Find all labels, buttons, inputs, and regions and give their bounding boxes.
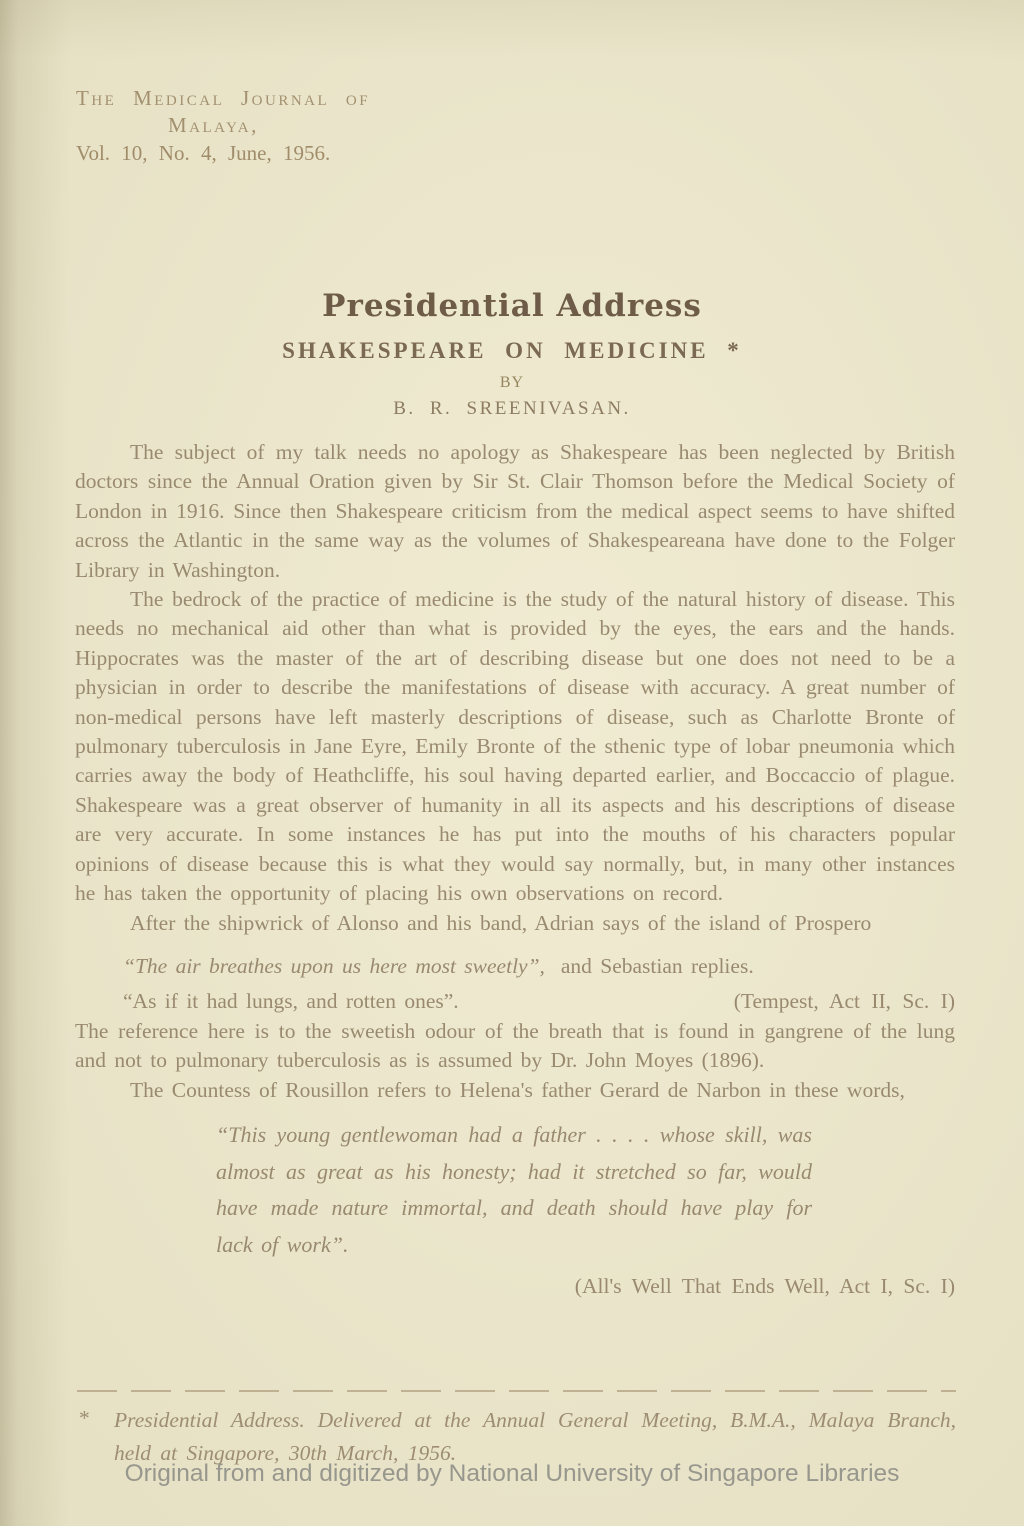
tempest-attribution: (Tempest, Act II, Sc. I) (734, 986, 955, 1017)
allswell-quote: “This young gentlewoman had a father . .… (216, 1117, 812, 1263)
footnote-text: Presidential Address. Delivered at the A… (114, 1408, 956, 1465)
allswell-attribution: (All's Well That Ends Well, Act I, Sc. I… (75, 1272, 955, 1301)
journal-header: The Medical Journal of Malaya, Vol. 10, … (76, 86, 370, 166)
digitization-watermark: Original from and digitized by National … (0, 1460, 1024, 1488)
footnote-marker: * (79, 1402, 90, 1435)
article-title-block: Presidential Address SHAKESPEARE ON MEDI… (0, 288, 1024, 420)
tempest-quote-line2: “As if it had lungs, and rotten ones”. (… (75, 986, 955, 1017)
article-body: The subject of my talk needs no apology … (75, 438, 955, 1302)
tempest-quote-line2-italic: “As if it had lungs, and rotten ones”. (123, 986, 459, 1017)
paragraph-5: The Countess of Rousillon refers to Hele… (75, 1076, 955, 1105)
paragraph-3: After the shipwrick of Alonso and his ba… (75, 909, 955, 938)
paragraph-2: The bedrock of the practice of medicine … (75, 585, 955, 908)
paragraph-1: The subject of my talk needs no apology … (75, 438, 955, 585)
author-name: B. R. SREENIVASAN. (0, 398, 1024, 420)
journal-volume-line: Vol. 10, No. 4, June, 1956. (76, 141, 370, 166)
tempest-quote-line1-italic: “The air breathes upon us here most swee… (123, 954, 545, 978)
byline-label: BY (0, 374, 1024, 392)
footnote-divider (77, 1390, 956, 1392)
journal-name-line1: The Medical Journal of (76, 86, 370, 111)
tempest-quote-line1: “The air breathes upon us here most swee… (75, 951, 955, 982)
article-series-title: Presidential Address (0, 288, 1024, 324)
tempest-quote-line1-roman: and Sebastian replies. (561, 954, 754, 978)
footnote-section: * Presidential Address. Delivered at the… (77, 1390, 956, 1470)
scanned-journal-page: The Medical Journal of Malaya, Vol. 10, … (0, 0, 1024, 1526)
journal-name-line2: Malaya, (168, 113, 370, 138)
paragraph-4: The reference here is to the sweetish od… (75, 1017, 955, 1076)
article-title: SHAKESPEARE ON MEDICINE * (0, 338, 1024, 364)
